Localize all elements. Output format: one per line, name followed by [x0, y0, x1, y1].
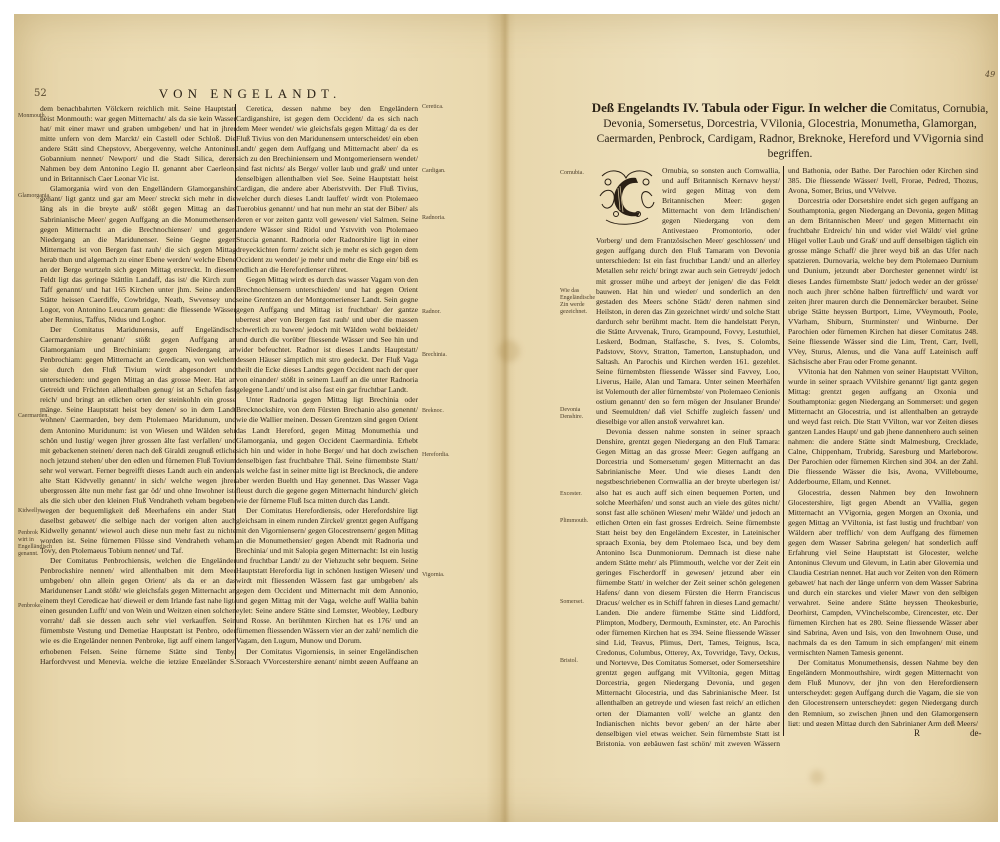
paragraph-monumethensis: Der Comitatus Monumethensis, dessen Nahm…	[788, 658, 978, 726]
right-column-1: Ornubia, so sonsten auch Cornwallia, und…	[596, 166, 780, 746]
drop-cap-space	[596, 166, 658, 228]
paper-stain	[498, 340, 520, 362]
margin-note-ceretica: Ceretica.	[422, 104, 462, 111]
paragraph-penbrochiensis: Der Comitatus Penbrochiensis, welchen di…	[40, 556, 236, 664]
margin-note-radnoria: Radnoria.	[422, 215, 462, 222]
left-column-1: dem benachbahrten Völckern reichlich mit…	[40, 104, 236, 664]
page-number-left: 52	[34, 88, 47, 99]
running-head: VON ENGELANDT.	[150, 86, 350, 102]
margin-note-glamorgania: Glamorgania.	[18, 193, 40, 200]
paragraph-vigornia: Der Comitatus Vigorniensis, in seiner En…	[236, 647, 418, 664]
paragraph-radnoria: Gegen Mittag wirdt es durch das wasser V…	[236, 275, 418, 396]
margin-note-caermarden: Caermarden.	[18, 413, 40, 420]
margin-note-vigornia: Vigornia.	[422, 572, 462, 579]
margin-note-somerset: Somerset.	[560, 599, 594, 606]
paragraph-wiltonia: VVitonia hat den Nahmen von seiner Haupt…	[788, 367, 978, 488]
margin-note-radnor: Radnor.	[422, 309, 462, 316]
paragraph-ceretica: Ceretica, dessen nahme bey den Engelände…	[236, 104, 418, 275]
margin-note-penbroke: Penbroke.	[18, 603, 40, 610]
page-number-right: 49	[985, 70, 995, 79]
margin-note-devonia: Devonia Denshire.	[560, 407, 594, 421]
margin-note-herefordia: Herefordia.	[422, 452, 452, 459]
paragraph-glamorgania: Glamorgania wird von den Engelländern Gl…	[40, 184, 236, 325]
margin-note-cardigan: Cardigan.	[422, 168, 462, 175]
signature-mark: R	[914, 728, 920, 738]
right-column-2: und Bathonia, oder Bathe. Der Parochien …	[788, 166, 978, 726]
margin-note-breknoc: Breknoc.	[422, 408, 462, 415]
paragraph-bathonia: und Bathonia, oder Bathe. Der Parochien …	[788, 166, 978, 196]
margin-note-kidwelly: Kidwelly.	[18, 508, 40, 515]
paragraph-brechinia: Unter Radnoria gegen Mittag ligt Brechin…	[236, 395, 418, 506]
margin-note-zin: Wie das Engeländische Zin werde gezeichn…	[560, 288, 594, 316]
paragraph-herefordia: Der Comitatus Herefordiensis, oder Heref…	[236, 506, 418, 647]
margin-note-cornubia: Cornubia.	[560, 170, 594, 177]
margin-note-plimmouth: Plimmouth.	[560, 518, 594, 525]
paper-stain	[810, 770, 824, 784]
margin-note-bristol: Bristol.	[560, 658, 594, 665]
column-rule	[783, 166, 784, 736]
paragraph-dorcestria: Dorcestria oder Dorsetshire endet sich g…	[788, 196, 978, 367]
margin-note-monmouth: Monmouth.	[18, 113, 40, 120]
paragraph-maridunensis: Der Comitatus Maridunensis, auff Engelän…	[40, 325, 236, 556]
paragraph-monmouth: dem benachbahrten Völckern reichlich mit…	[40, 104, 236, 184]
paragraph-glocestria: Glocestria, dessen Nahmen bey den Inwohn…	[788, 488, 978, 659]
paragraph-devonia-somerset: Devonia dessen nahme sonsten in seiner s…	[596, 427, 780, 746]
catchword: de-	[970, 728, 982, 738]
margin-note-penbrok: Penbrok wirt in Engelländisch genannt.	[18, 530, 40, 558]
plate-title-lead: Deß Engelandts IV. Tabula oder Figur. In…	[592, 100, 887, 115]
left-column-2: Ceretica, dessen nahme bey den Engelände…	[236, 104, 418, 664]
margin-note-brechinia: Brechinia.	[422, 352, 462, 359]
plate-title: Deß Engelandts IV. Tabula oder Figur. In…	[590, 100, 990, 162]
margin-note-excester: Excester.	[560, 491, 594, 498]
